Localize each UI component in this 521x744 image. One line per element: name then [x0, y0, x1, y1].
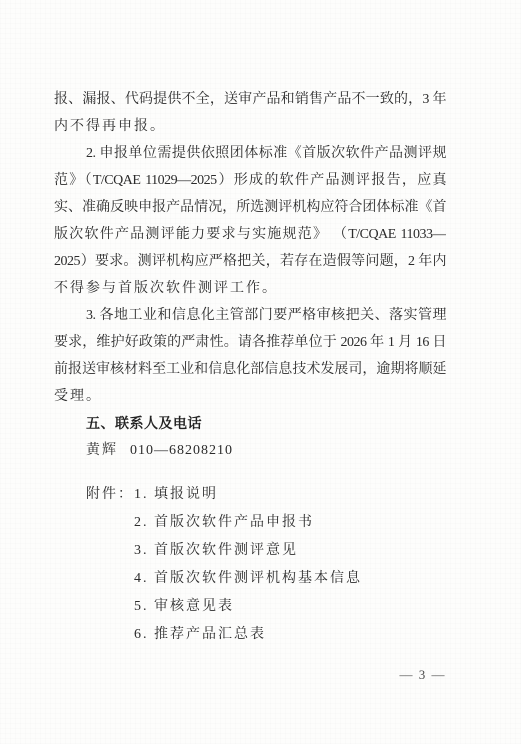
body-line-12: 受理。 [54, 383, 446, 410]
section-heading-contact: 五、联系人及电话 [54, 410, 446, 437]
body-line-4: 范》（T/CQAE 11029—2025）形成的软件产品测评报告，应真 [54, 167, 446, 194]
attachment-item-4: 4. 首版次软件测评机构基本信息 [54, 565, 446, 593]
attachments-label: 附件： [86, 487, 134, 502]
attachment-item-1: 1. 填报说明 [134, 487, 218, 502]
body-line-1: 报、漏报、代码提供不全，送审产品和销售产品不一致的，3 年 [54, 86, 446, 113]
body-line-6: 版次软件产品测评能力要求与实施规范》 （T/CQAE 11033— [54, 221, 446, 248]
contact-phone: 010—68208210 [130, 443, 233, 458]
body-line-10: 要求，维护好政策的严肃性。请各推荐单位于 2026 年 1 月 16 日 [54, 329, 446, 356]
document-body: 报、漏报、代码提供不全，送审产品和销售产品不一致的，3 年 内不得再申报。 2.… [54, 86, 446, 649]
contact-name: 黄辉 [86, 443, 118, 458]
attachment-item-3: 3. 首版次软件测评意见 [54, 537, 446, 565]
body-line-11: 前报送审核材料至工业和信息化部信息技术发展司，逾期将顺延 [54, 356, 446, 383]
body-line-9: 3. 各地工业和信息化主管部门要严格审核把关、落实管理 [54, 302, 446, 329]
body-line-8: 不得参与首版次软件测评工作。 [54, 275, 446, 302]
body-line-3: 2. 申报单位需提供依照团体标准《首版次软件产品测评规 [54, 140, 446, 167]
attachments-list: 附件：1. 填报说明 2. 首版次软件产品申报书 3. 首版次软件测评意见 4.… [54, 481, 446, 649]
attachment-item-6: 6. 推荐产品汇总表 [54, 621, 446, 649]
body-line-7: 2025）要求。测评机构应严格把关，若存在造假等问题，2 年内 [54, 248, 446, 275]
attachment-item-5: 5. 审核意见表 [54, 593, 446, 621]
body-line-2: 内不得再申报。 [54, 113, 446, 140]
page-number: — 3 — [54, 668, 446, 682]
attachment-row-1: 附件：1. 填报说明 [54, 481, 446, 509]
body-line-5: 实、准确反映申报产品情况，所选测评机构应符合团体标准《首 [54, 194, 446, 221]
contact-line: 黄辉010—68208210 [54, 437, 446, 464]
attachment-item-2: 2. 首版次软件产品申报书 [54, 509, 446, 537]
scanned-document-page: 报、漏报、代码提供不全，送审产品和销售产品不一致的，3 年 内不得再申报。 2.… [0, 0, 521, 744]
